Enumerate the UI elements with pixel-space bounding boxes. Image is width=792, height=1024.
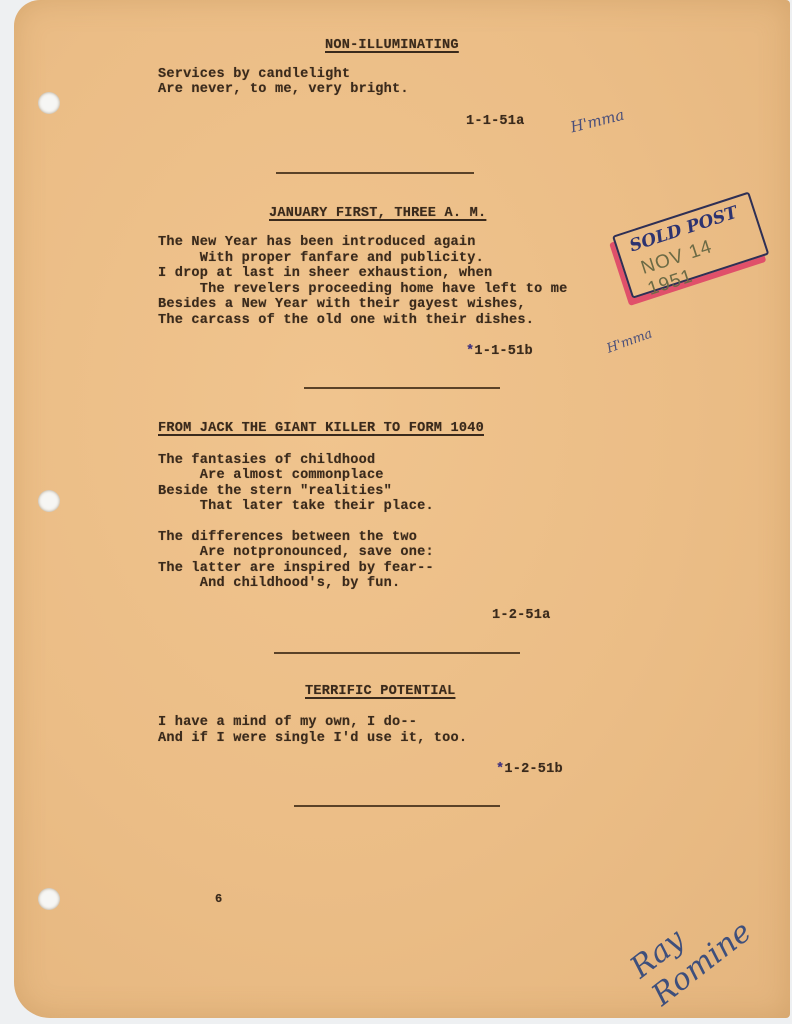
poem-line: That later take their place. <box>158 499 434 515</box>
poem-title: NON-ILLUMINATING <box>325 38 459 54</box>
punch-hole <box>38 490 60 512</box>
page-number: 6 <box>215 892 222 908</box>
punch-hole <box>38 92 60 114</box>
separator-line <box>274 652 520 654</box>
poem-line: Beside the stern "realities" <box>158 484 392 500</box>
poem-line: The fantasies of childhood <box>158 453 375 469</box>
separator-line <box>276 172 474 174</box>
poem-code: 1-2-51b <box>504 762 563 777</box>
poem-code-row: *1-2-51b <box>496 762 563 778</box>
poem-line: The differences between the two <box>158 530 417 546</box>
poem-line: Services by candlelight <box>158 67 350 83</box>
poem-line: Besides a New Year with their gayest wis… <box>158 297 526 313</box>
poem-code-row: *1-1-51b <box>466 344 533 360</box>
poem-line: Are never, to me, very bright. <box>158 82 409 98</box>
poem-line: I have a mind of my own, I do-- <box>158 715 417 731</box>
poem-title: JANUARY FIRST, THREE A. M. <box>269 206 486 222</box>
poem-title: TERRIFIC POTENTIAL <box>305 684 455 700</box>
poem-code: 1-1-51a <box>466 114 525 130</box>
punch-hole <box>38 888 60 910</box>
poem-line: With proper fanfare and publicity. <box>158 251 484 267</box>
poem-line: And if I were single I'd use it, too. <box>158 731 467 747</box>
poem-title: FROM JACK THE GIANT KILLER TO FORM 1040 <box>158 421 484 437</box>
poem-line: The latter are inspired by fear-- <box>158 561 434 577</box>
poem-line: Are notpronounced, save one: <box>158 545 434 561</box>
poem-code: 1-2-51a <box>492 608 551 624</box>
separator-line <box>294 805 500 807</box>
poem-line: The revelers proceeding home have left t… <box>158 282 568 298</box>
poem-line: Are almost commonplace <box>158 468 384 484</box>
poem-code: 1-1-51b <box>474 344 533 359</box>
separator-line <box>304 387 500 389</box>
poem-line: The New Year has been introduced again <box>158 235 476 251</box>
poem-line: The carcass of the old one with their di… <box>158 313 534 329</box>
poem-line: I drop at last in sheer exhaustion, when <box>158 266 492 282</box>
poem-line: And childhood's, by fun. <box>158 576 400 592</box>
